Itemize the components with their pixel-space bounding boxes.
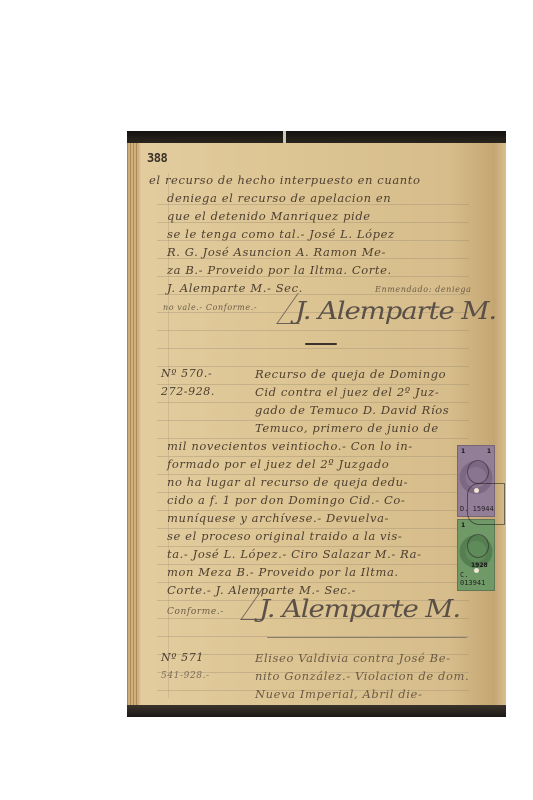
register-page-photo: 388 el recurso de hecho interpuesto en c… bbox=[127, 131, 506, 717]
stamp-year: 1928 bbox=[471, 562, 488, 569]
entry-line: mon Meza B.- Proveido por la Iltma. bbox=[167, 565, 399, 579]
continuation-line: el recurso de hecho interpuesto en cuant… bbox=[149, 173, 421, 187]
stamp-corner-value: 1 bbox=[487, 448, 491, 455]
conforme-note: no vale.- Conforme.- bbox=[163, 303, 257, 312]
entry-line: mil novecientos veintiocho.- Con lo in- bbox=[167, 439, 413, 453]
coat-of-arms-icon bbox=[467, 534, 489, 558]
entry-code: 272-928. bbox=[161, 385, 215, 398]
entry-line: Eliseo Valdivia contra José Be- bbox=[255, 651, 451, 665]
entry-line: Temuco, primero de junio de bbox=[255, 421, 439, 435]
entry-line: muníquese y archívese.- Devuelva- bbox=[167, 511, 389, 525]
stamp-corner-value: 1 bbox=[461, 448, 465, 455]
entry-line: nito González.- Violacion de dom. bbox=[255, 669, 469, 683]
signature: J. Alemparte M. bbox=[295, 297, 496, 325]
entry-line: no ha lugar al recurso de queja dedu- bbox=[167, 475, 408, 489]
entry-line: Cid contra el juez del 2º Juz- bbox=[255, 385, 439, 399]
stamp-corner-value: 1 bbox=[461, 522, 465, 529]
entry-line: Nueva Imperial, Abril die- bbox=[255, 687, 422, 701]
page-stack-edges bbox=[127, 143, 139, 705]
continuation-line: za B.- Proveido por la Iltma. Corte. bbox=[167, 263, 392, 277]
entry-number: Nº 571 bbox=[161, 651, 204, 664]
stamp-serial: C. 013941 bbox=[460, 571, 494, 587]
entry-separator-line bbox=[267, 637, 467, 638]
folio-number: 388 bbox=[147, 151, 167, 165]
amendment-note: Enmendado: deniega bbox=[375, 285, 472, 294]
entry-line: ta.- José L. López.- Ciro Salazar M.- Ra… bbox=[167, 547, 422, 561]
coat-of-arms-icon bbox=[467, 460, 489, 484]
entry-number: Nº 570.- bbox=[161, 367, 212, 380]
continuation-line: R. G. José Asuncion A. Ramon Me- bbox=[167, 245, 386, 259]
conforme-note: Conforme.- bbox=[167, 607, 224, 617]
entry-line: cido a f. 1 por don Domingo Cid.- Co- bbox=[167, 493, 405, 507]
continuation-line: J. Alemparte M.- Sec. bbox=[167, 281, 303, 295]
continuation-line: que el detenido Manriquez pide bbox=[167, 209, 371, 223]
signature: J. Alemparte M. bbox=[259, 595, 460, 623]
cancellation-postmark bbox=[467, 483, 505, 525]
entry-line: se el proceso original traido a la vis- bbox=[167, 529, 402, 543]
book-top-edge bbox=[127, 131, 506, 143]
ledger-page: 388 el recurso de hecho interpuesto en c… bbox=[127, 143, 506, 705]
signature-underline bbox=[305, 343, 337, 345]
entry-code: 541-928.- bbox=[161, 671, 210, 681]
entry-line: Recurso de queja de Domingo bbox=[255, 367, 446, 381]
page-crease bbox=[283, 131, 286, 143]
continuation-line: deniega el recurso de apelacion en bbox=[167, 191, 391, 205]
entry-line: formado por el juez del 2º Juzgado bbox=[167, 457, 389, 471]
revenue-stamp-green: 1 1928 C. 013941 bbox=[457, 519, 495, 591]
entry-line: gado de Temuco D. David Ríos bbox=[255, 403, 449, 417]
continuation-line: se le tenga como tal.- José L. López bbox=[167, 227, 395, 241]
book-bottom-edge bbox=[127, 705, 506, 717]
